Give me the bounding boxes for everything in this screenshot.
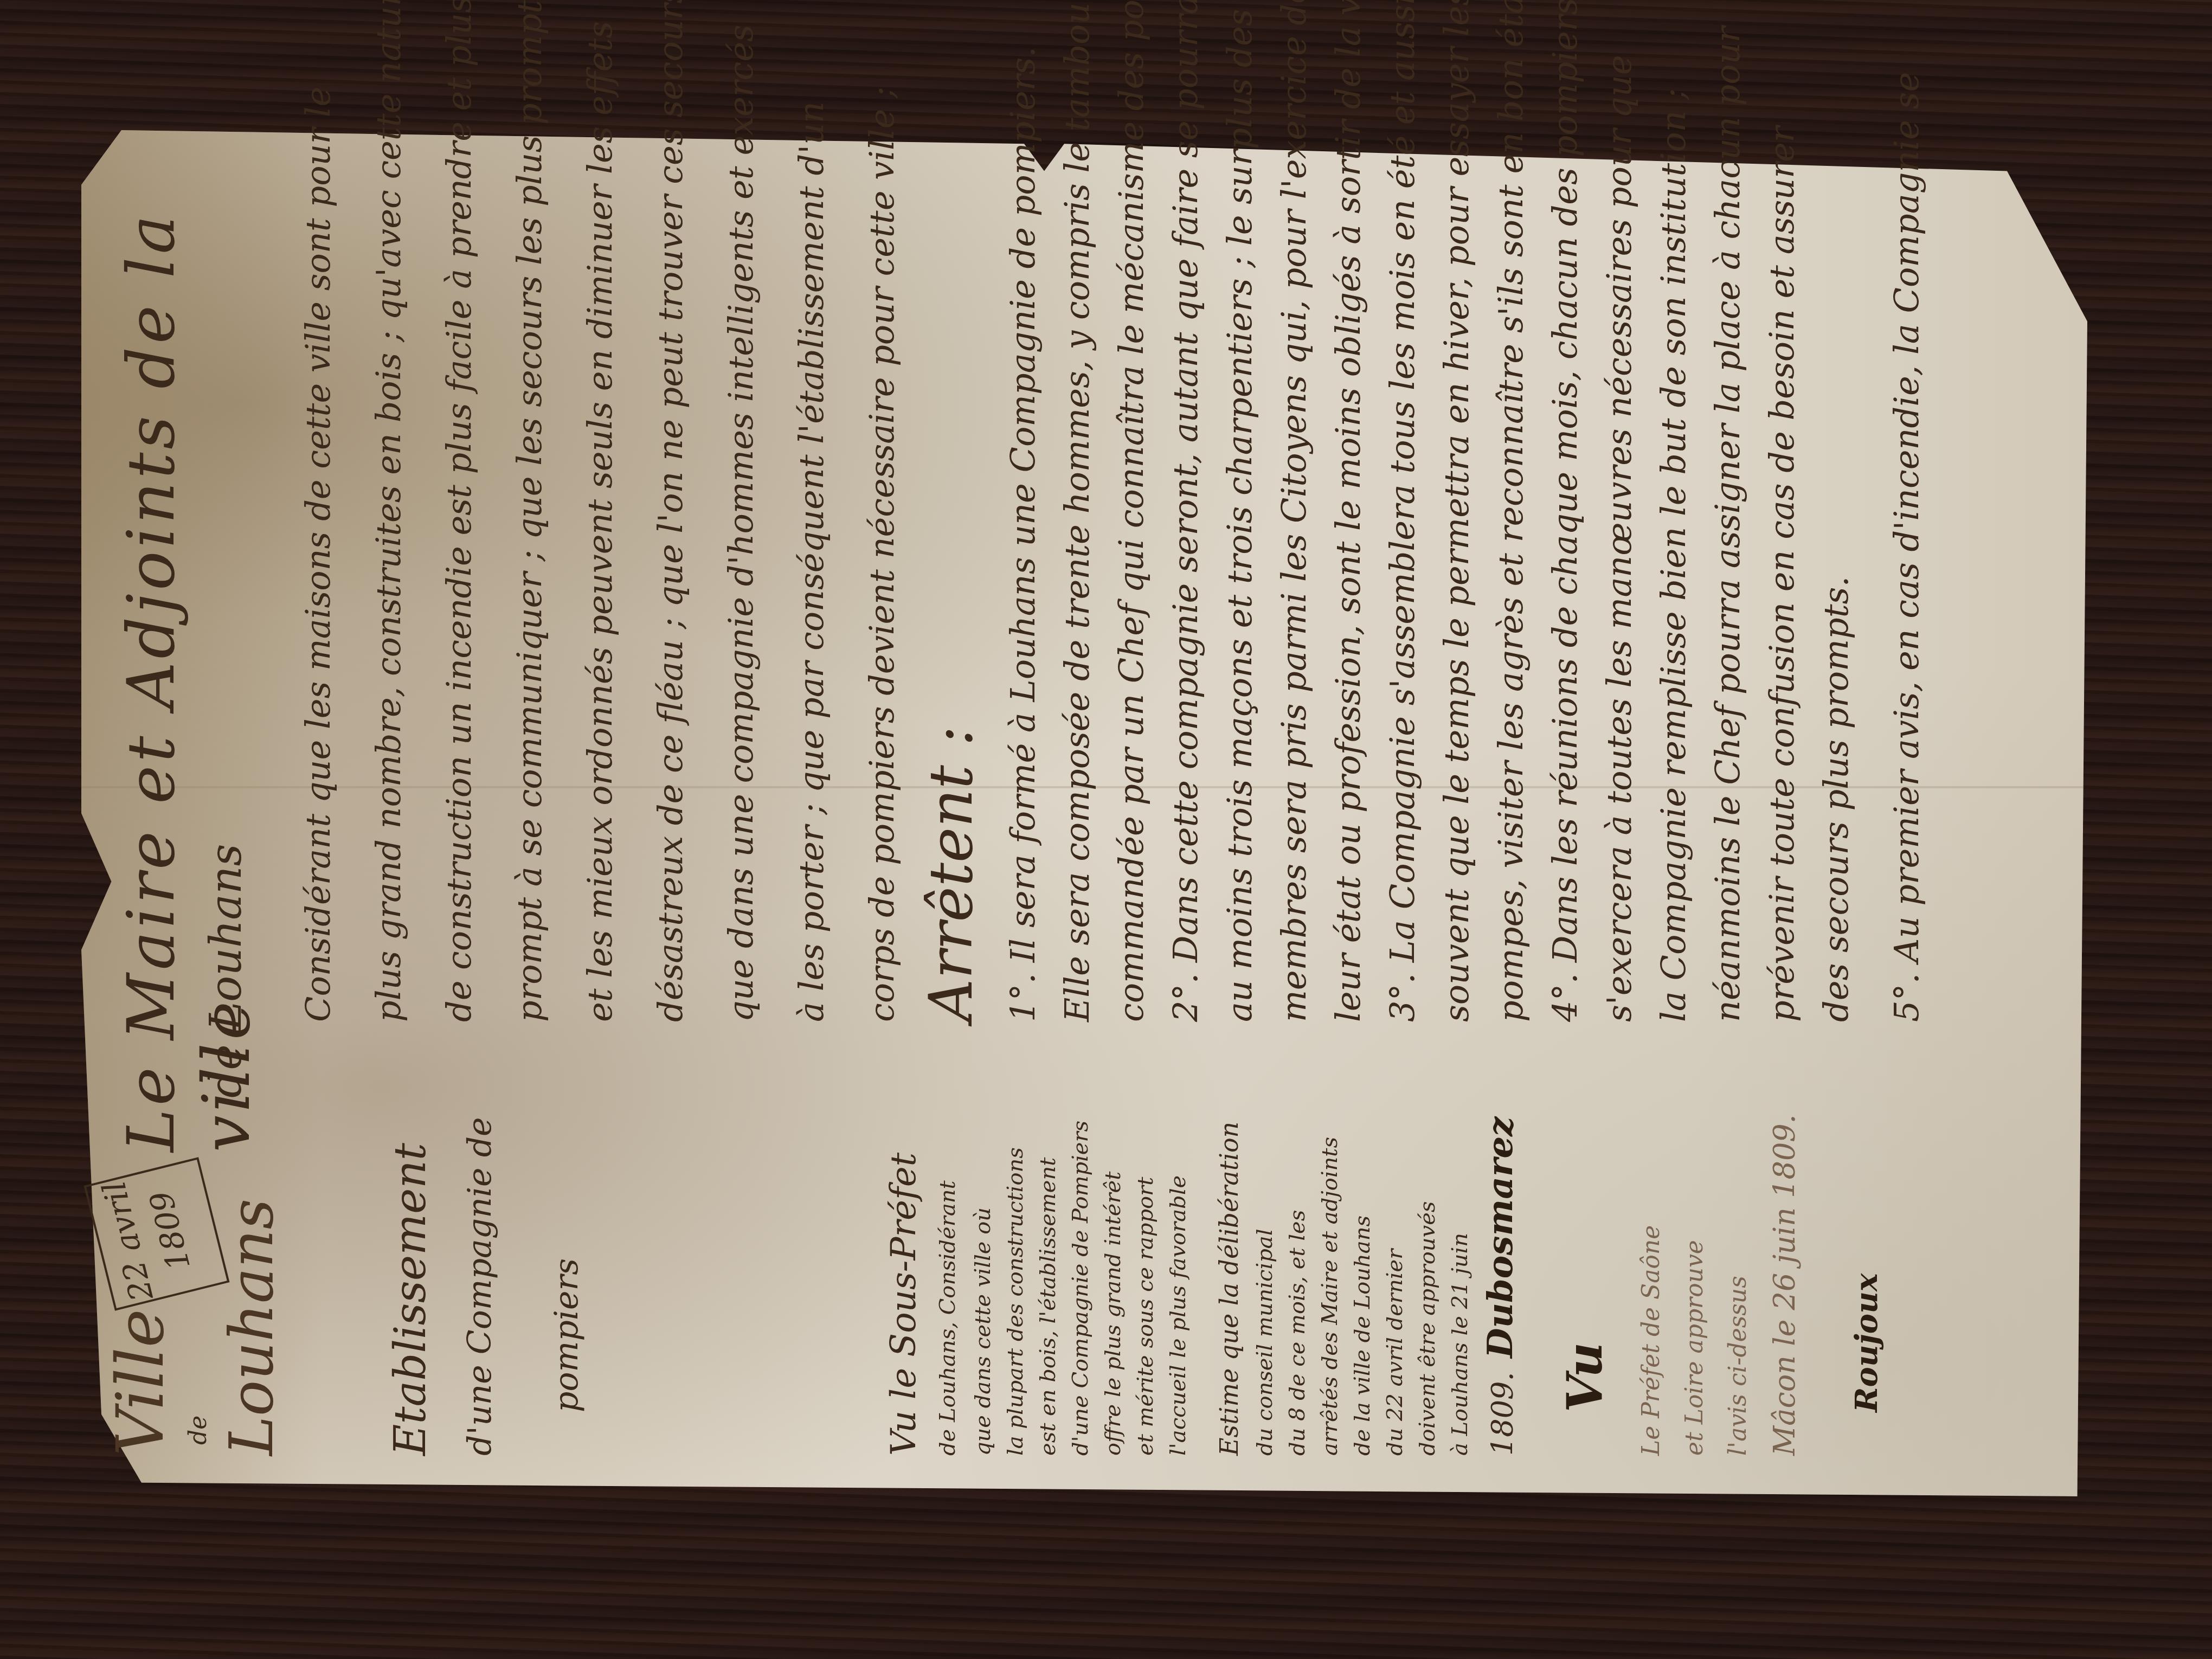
margin-note-line: d'une Compagnie de Pompiers (1068, 1121, 1093, 1456)
ville-label: Ville (103, 1309, 178, 1456)
article-line: pompes, visiter les agrès et reconnaître… (1491, 0, 1531, 1022)
margin-note-line: 1809. (1486, 1372, 1520, 1456)
sous-prefet-signature: Dubosmarez (1480, 1117, 1521, 1358)
body-line: corps de pompiers devient nécessaire pou… (862, 87, 902, 1022)
article-line: 5°. Au premier avis, en cas d'incendie, … (1887, 72, 1926, 1022)
margin-note-line: offre le plus grand intérêt (1101, 1172, 1126, 1456)
article-line: 4°. Dans les réunions de chaque mois, ch… (1545, 0, 1585, 1022)
margin-note-line: Estime que la délibération (1214, 1122, 1244, 1456)
margin-note-line: la plupart des constructions (1003, 1147, 1028, 1456)
prefet-note-line: Le Préfet de Saône (1637, 1225, 1665, 1456)
article-line: commandée par un Chef qui connaîtra le m… (1111, 0, 1151, 1022)
document-title-town: de Louhans (201, 844, 251, 1098)
article-line: au moins trois maçons et trois charpenti… (1220, 9, 1259, 1022)
body-line: de construction un incendie est plus fac… (439, 0, 479, 1022)
article-line: s'exercera à toutes les manœuvres nécess… (1599, 55, 1639, 1022)
article-line: 2°. Dans cette compagnie seront, autant … (1166, 0, 1205, 1022)
article-line: 1°. Il sera formé à Louhans une Compagni… (1003, 47, 1043, 1022)
arretent-heading: Arrêtent : (916, 726, 986, 1022)
article-line: 3°. La Compagnie s'assemblera tous les m… (1382, 0, 1422, 1022)
margin-note-line: du 8 de ce mois, et les (1285, 1210, 1310, 1456)
margin-note-line: est en bois, l'établissement (1036, 1158, 1060, 1456)
margin-note-line: du 22 avril dernier (1382, 1249, 1407, 1456)
margin-note-line: l'accueil le plus favorable (1166, 1175, 1191, 1456)
prefet-note-line: Mâcon le 26 juin 1809. (1767, 1114, 1802, 1456)
vu-signature: Vu (1556, 1342, 1613, 1412)
body-line: et les mieux ordonnés peuvent seuls en d… (580, 21, 620, 1022)
article-line: souvent que le temps le permettra en hiv… (1437, 0, 1476, 1022)
margin-note-line: arrêtés des Maire et adjoints (1317, 1137, 1342, 1456)
ville-name: Louhans (217, 1199, 286, 1456)
margin-note-line: du conseil municipal (1252, 1229, 1277, 1456)
margin-note-line: Vu le Sous-Préfet (884, 1153, 924, 1456)
body-line: prompt à se communiquer ; que les secour… (510, 0, 549, 1022)
prefet-note-line: et Loire approuve (1681, 1240, 1708, 1456)
ville-de: de (184, 1416, 212, 1445)
margin-label-pompiers: pompiers (548, 1258, 586, 1412)
body-line: Considérant que les maisons de cette vil… (298, 87, 338, 1022)
margin-label-etablissement: Etablissement (385, 1143, 435, 1456)
article-line: néanmoins le Chef pourra assigner la pla… (1708, 27, 1747, 1022)
body-line: désastreux de ce fléau ; que l'on ne peu… (651, 0, 690, 1022)
margin-label-compagnie: d'une Compagnie de (461, 1117, 499, 1456)
body-line: à les porter ; que par conséquent l'étab… (792, 101, 831, 1022)
margin-note-line: de la ville de Louhans (1350, 1216, 1375, 1456)
margin-note-line: de Louhans, Considérant (935, 1180, 960, 1456)
prefet-signature: Roujoux (1849, 1274, 1885, 1412)
body-line: plus grand nombre, construites en bois ;… (369, 0, 408, 1022)
prefet-note-line: l'avis ci-dessus (1724, 1276, 1752, 1456)
body-line: que dans une compagnie d'hommes intellig… (721, 24, 761, 1022)
article-line: leur état ou profession, sont le moins o… (1328, 0, 1368, 1022)
rotated-document-text: Ville de Louhans 22 avril 1809 Le Maire … (81, 149, 2060, 1477)
article-line: prévenir toute confusion en cas de besoi… (1762, 126, 1802, 1022)
margin-note-line: que dans cette ville où (970, 1207, 995, 1456)
article-line: membres sera pris parmi les Citoyens qui… (1274, 0, 1314, 1022)
margin-note-line: à Louhans le 21 juin (1448, 1233, 1472, 1456)
margin-note-line: et mérite sous ce rapport (1133, 1177, 1158, 1456)
article-line: des secours plus prompts. (1816, 576, 1856, 1022)
article-line: la Compagnie remplisse bien le but de so… (1654, 88, 1693, 1022)
date-stamp-box: 22 avril 1809 (83, 1157, 229, 1311)
margin-note-line: doivent être approuvés (1415, 1201, 1440, 1456)
article-line: Elle sera composée de trente hommes, y c… (1057, 0, 1097, 1022)
